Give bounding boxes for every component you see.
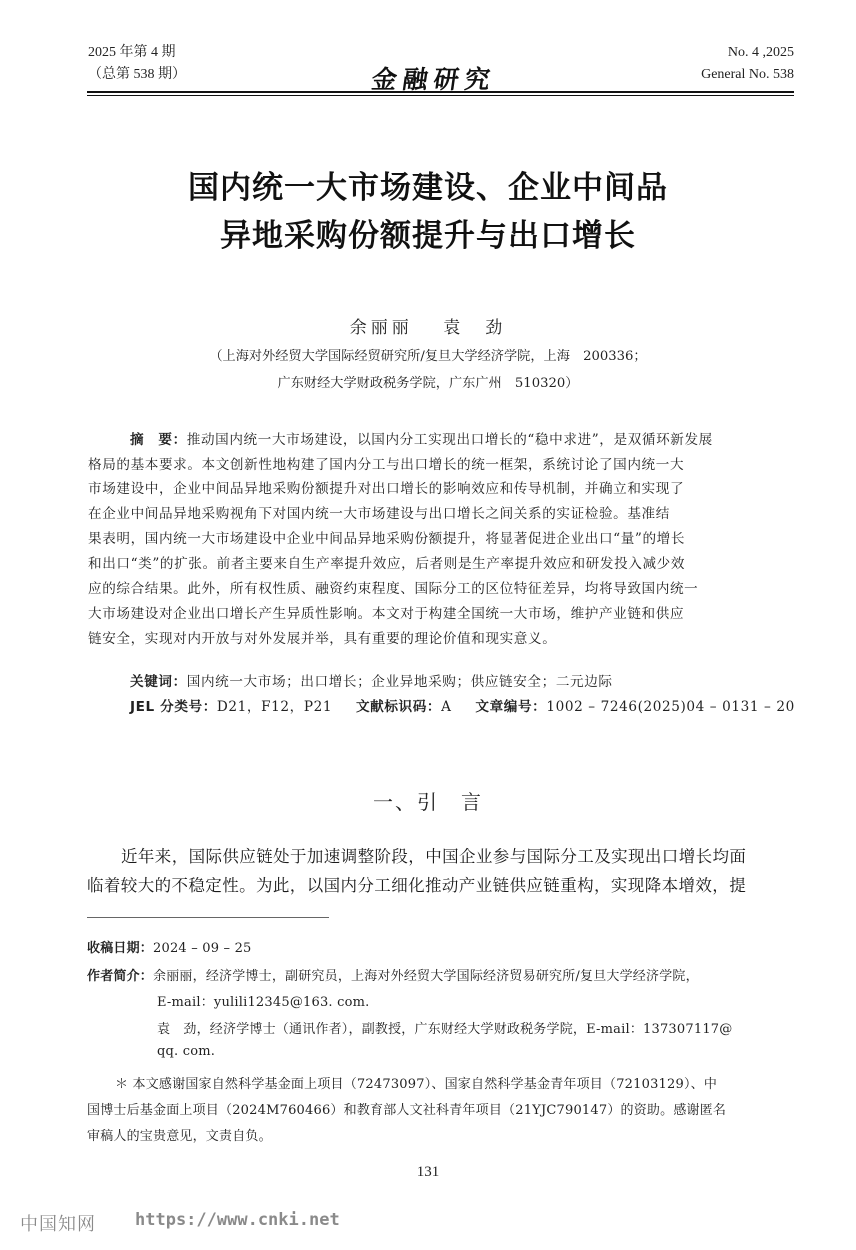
received-date: 收稿日期：2024 – 09 – 25 [87,937,252,956]
cnki-watermark-name: 中国知网 [20,1210,96,1236]
received-date-label: 收稿日期： [87,941,153,956]
section-heading-introduction: 一、引 言 [0,786,856,815]
abstract-line: 格局的基本要求。本文创新性地构建了国内分工与出口增长的统一框架，系统讨论了国内统… [88,453,684,473]
received-date-value: 2024 – 09 – 25 [153,941,252,956]
funding-note-line: 审稿人的宝贵意见，文责自负。 [87,1125,272,1144]
abstract-line: 和出口“类”的扩张。前者主要来自生产率提升效应，后者则是生产率提升效应和研发投入… [88,552,685,572]
general-number-en: General No. 538 [701,64,794,86]
funding-note-line: 国博士后基金面上项目（2024M760466）和教育部人文社科青年项目（21YJ… [87,1099,726,1118]
author2-email-cont: qq. com. [157,1044,215,1059]
header-rule-thin [87,95,794,96]
body-paragraph-line: 近年来，国际供应链处于加速调整阶段，中国企业参与国际分工及实现出口增长均面 [121,843,746,867]
affiliation-line-1: （上海对外经贸大学国际经贸研究所/复旦大学经济学院，上海 200336； [0,345,856,364]
author-intro-label: 作者简介： [87,969,153,984]
abstract-line: 链安全，实现对内开放与对外发展并举，具有重要的理论价值和现实意义。 [88,627,556,647]
jel-value: D21，F12，P21 [217,699,332,715]
abstract-label: 摘 要： [130,432,187,448]
keywords-value: 国内统一大市场；出口增长；企业异地采购；供应链安全；二元边际 [187,674,613,690]
author1-intro: 余丽丽，经济学博士，副研究员，上海对外经贸大学国际经济贸易研究所/复旦大学经济学… [153,969,699,984]
page-number: 131 [0,1164,856,1181]
author-intro: 作者简介：余丽丽，经济学博士，副研究员，上海对外经贸大学国际经济贸易研究所/复旦… [87,965,699,984]
abstract-line: 摘 要：推动国内统一大市场建设，以国内分工实现出口增长的“稳中求进”，是双循环新… [130,428,713,448]
funding-note-line: ＊ 本文感谢国家自然科学基金面上项目（72473097）、国家自然科学基金青年项… [115,1073,717,1092]
issue-info-en: No. 4 ,2025 General No. 538 [701,42,794,86]
issue-year-number: 2025 年第 4 期 [88,42,186,64]
doc-code-label: 文献标识码： [356,699,441,715]
classification-line: JEL 分类号：D21，F12，P21 文献标识码：A 文章编号：1002 – … [130,695,795,715]
article-no-label: 文章编号： [475,699,546,715]
abstract-line: 果表明，国内统一大市场建设中企业中间品异地采购份额提升，将显著促进企业出口“量”… [88,527,685,547]
article-title-line-2: 异地采购份额提升与出口增长 [0,210,856,255]
issue-total-number: （总第 538 期） [88,64,186,86]
issue-info: 2025 年第 4 期 （总第 538 期） [88,42,186,86]
author2-intro: 袁 劲，经济学博士（通讯作者），副教授，广东财经大学财政税务学院，E-mail：… [157,1018,732,1037]
body-paragraph-line: 临着较大的不稳定性。为此，以国内分工细化推动产业链供应链重构，实现降本增效，提 [87,872,746,896]
footnote-rule [87,917,329,918]
header-rule-thick [87,91,794,93]
author1-email: E-mail：yulili12345@163. com. [157,991,369,1010]
jel-label: JEL 分类号： [130,699,217,715]
article-title-line-1: 国内统一大市场建设、企业中间品 [0,162,856,207]
abstract-line: 大市场建设对企业出口增长产生异质性影响。本文对于构建全国统一大市场，维护产业链和… [88,602,684,622]
keywords: 关键词：国内统一大市场；出口增长；企业异地采购；供应链安全；二元边际 [130,670,613,690]
abstract-line: 在企业中间品异地采购视角下对国内统一大市场建设与出口增长之间关系的实证检验。基准… [88,502,670,522]
keywords-label: 关键词： [130,674,187,690]
article-no-value: 1002 – 7246(2025)04 – 0131 – 20 [546,699,795,715]
abstract-line: 应的综合结果。此外，所有权性质、融资约束程度、国际分工的区位特征差异，均将导致国… [88,577,698,597]
issue-number-en: No. 4 ,2025 [701,42,794,64]
abstract-line: 市场建设中，企业中间品异地采购份额提升对出口增长的影响效应和传导机制，并确立和实… [88,477,684,497]
affiliation-line-2: 广东财经大学财政税务学院，广东广州 510320） [0,372,856,391]
cnki-watermark-url: https://www.cnki.net [135,1210,340,1230]
authors: 余丽丽 袁 劲 [0,313,856,338]
doc-code-value: A [441,699,451,715]
